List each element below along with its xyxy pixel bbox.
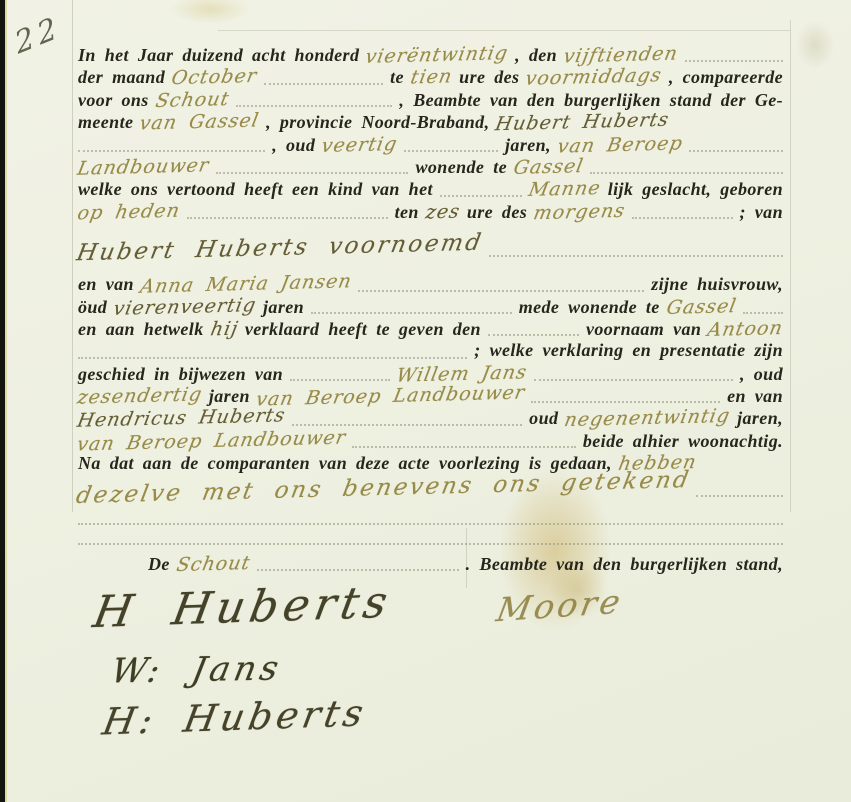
dotted-blank-line	[78, 357, 467, 359]
record-number: 22	[11, 9, 64, 61]
printed-text: ; van	[740, 202, 784, 223]
printed-text: ten	[395, 202, 419, 223]
dotted-blank-line	[531, 401, 720, 403]
printed-text: welke ons vertoond heeft een kind van he…	[78, 179, 433, 200]
form-line: In het Jaar duizend acht honderdvierëntw…	[78, 44, 790, 66]
printed-text: , den	[515, 45, 557, 66]
printed-text: , provincie Noord-Braband,	[266, 112, 489, 133]
dotted-blank-line	[358, 290, 644, 292]
dotted-blank-line	[489, 255, 783, 257]
handwritten-entry: hij	[208, 318, 239, 341]
scan-edge-line	[5, 0, 7, 802]
handwritten-entry: op heden	[76, 199, 182, 224]
form-line: Hendricus Hubertsoudnegenentwintigjaren,	[78, 407, 790, 429]
form-line	[78, 509, 790, 529]
form-line: Landbouwerwonende teGassel	[78, 156, 790, 178]
act-text-block: In het Jaar duizend acht honderdvierëntw…	[78, 44, 790, 575]
dotted-blank-line	[440, 195, 522, 197]
handwritten-entry: zesendertig	[76, 383, 205, 408]
dotted-blank-line	[216, 172, 409, 174]
handwritten-entry: veertig	[320, 133, 400, 157]
form-line: van Beroep Landbouwerbeide alhier woonac…	[78, 430, 790, 452]
form-line: voor onsSchout, Beambte van den burgerli…	[78, 89, 790, 111]
dotted-blank-line	[689, 150, 783, 152]
handwritten-entry: Schout	[153, 88, 231, 112]
paper-smudge	[795, 20, 835, 70]
handwritten-entry: Antoon	[706, 317, 785, 341]
form-line: Hubert Huberts voornoemd	[78, 235, 790, 261]
printed-text: lijk geslacht, geboren	[608, 179, 783, 200]
dotted-blank-line	[78, 543, 783, 545]
printed-text: wonende te	[415, 157, 507, 178]
form-line	[78, 529, 790, 549]
handwritten-entry: Hubert Huberts	[494, 109, 672, 136]
printed-text: verklaard heeft te geven den	[245, 319, 481, 340]
form-line: en aan hetwelkhijverklaard heeft te geve…	[78, 318, 790, 340]
dotted-blank-line	[632, 217, 732, 219]
printed-text: geschied in bijwezen van	[78, 364, 283, 385]
printed-text: jaren,	[737, 408, 783, 429]
signature-witness: H: Huberts	[99, 691, 370, 743]
handwritten-entry: Gassel	[512, 155, 586, 179]
dotted-blank-line	[404, 150, 498, 152]
dotted-blank-line	[236, 105, 392, 107]
handwritten-entry: vierëntwintig	[364, 42, 511, 68]
form-border-left	[72, 0, 73, 512]
dotted-blank-line	[78, 150, 265, 152]
dotted-blank-line	[352, 446, 576, 448]
printed-text: jaren	[209, 386, 250, 407]
printed-text: ure des	[459, 67, 519, 88]
printed-text: De	[148, 554, 170, 575]
dotted-blank-line	[743, 312, 783, 314]
form-line: öudvierenveertigjarenmede wonende teGass…	[78, 296, 790, 318]
printed-text: jaren,	[505, 135, 551, 156]
form-border-top	[218, 30, 790, 31]
handwritten-entry: van Beroep Landbouwer	[254, 382, 527, 411]
form-line: meentevan Gassel, provincie Noord-Braban…	[78, 111, 790, 133]
printed-text: voornaam van	[586, 319, 701, 340]
dotted-blank-line	[685, 60, 783, 62]
printed-text: öud	[78, 297, 107, 318]
form-line: op hedentenzesure desmorgens; van	[78, 201, 790, 223]
handwritten-entry: vierenveertig	[112, 294, 259, 320]
handwritten-entry: Schout	[175, 552, 253, 576]
handwritten-entry: van Gassel	[138, 110, 261, 135]
printed-text: jaren	[263, 297, 304, 318]
dotted-blank-line	[696, 495, 783, 497]
dotted-blank-line	[292, 424, 522, 426]
dotted-blank-line	[187, 217, 388, 219]
form-border-right	[790, 20, 791, 512]
printed-text: , compareerde	[669, 67, 783, 88]
form-line: en vanAnna Maria Jansenzijne huisvrouw,	[78, 273, 790, 295]
form-line: welke ons vertoond heeft een kind van he…	[78, 178, 790, 200]
printed-text: beide alhier woonachtig.	[583, 431, 783, 452]
handwritten-entry: October	[170, 65, 259, 89]
paper-smudge	[170, 0, 250, 24]
printed-text: . Beambte van den burgerlijken stand,	[466, 554, 783, 575]
form-line: dezelve met ons benevens ons getekend	[78, 475, 790, 501]
scanned-birth-record: 22 In het Jaar duizend acht honderdvierë…	[0, 0, 851, 802]
dotted-blank-line	[78, 523, 783, 525]
handwritten-entry: van Beroep Landbouwer	[75, 426, 348, 455]
handwritten-entry: Manne	[527, 177, 603, 201]
form-line: geschied in bijwezen vanWillem Jans, oud	[78, 363, 790, 385]
printed-text: der maand	[78, 67, 165, 88]
handwritten-entry: tien	[409, 66, 455, 89]
printed-text: te	[390, 67, 404, 88]
printed-text: , oud	[272, 135, 315, 156]
signature-official: Moore	[494, 582, 627, 630]
form-line: zesendertigjarenvan Beroep Landbouweren …	[78, 385, 790, 407]
printed-text: oud	[529, 408, 558, 429]
dotted-blank-line	[590, 172, 783, 174]
printed-text: , Beambte van den burgerlijken stand der…	[399, 90, 783, 111]
dotted-blank-line	[534, 379, 733, 381]
printed-text: In het Jaar duizend acht honderd	[78, 45, 359, 66]
printed-text: ; welke verklaring en presentatie zijn	[474, 340, 783, 361]
printed-text: en van	[78, 274, 134, 295]
dotted-blank-line	[290, 379, 390, 381]
printed-text: meente	[78, 112, 133, 133]
dotted-blank-line	[311, 312, 512, 314]
printed-text: zijne huisvrouw,	[651, 274, 783, 295]
printed-text: en van	[727, 386, 783, 407]
dotted-blank-line	[488, 334, 579, 336]
handwritten-entry: voormiddags	[524, 65, 664, 91]
signature-witness: W: Jans	[108, 649, 286, 692]
handwritten-entry: morgens	[532, 200, 628, 224]
printed-text: ure des	[467, 202, 527, 223]
form-line: der maandOctobertetienure desvoormiddags…	[78, 66, 790, 88]
form-line: ; welke verklaring en presentatie zijn	[78, 340, 790, 362]
dotted-blank-line	[264, 83, 383, 85]
handwritten-entry: Landbouwer	[76, 154, 212, 179]
handwritten-entry: negenentwintig	[563, 405, 733, 431]
handwritten-entry: Hubert Huberts voornoemd	[75, 230, 486, 267]
printed-text: voor ons	[78, 90, 149, 111]
form-line: DeSchout. Beambte van den burgerlijken s…	[78, 553, 790, 575]
handwritten-entry: Gassel	[664, 295, 738, 319]
signature-declarant: H Huberts	[89, 577, 396, 638]
printed-text: mede wonende te	[519, 297, 660, 318]
handwritten-entry: zes	[424, 200, 462, 223]
printed-text: , oud	[740, 364, 783, 385]
handwritten-entry: van Beroep	[556, 132, 685, 157]
dotted-blank-line	[257, 569, 459, 571]
form-line: , oudveertigjaren,van Beroep	[78, 134, 790, 156]
printed-text: en aan hetwelk	[78, 319, 204, 340]
